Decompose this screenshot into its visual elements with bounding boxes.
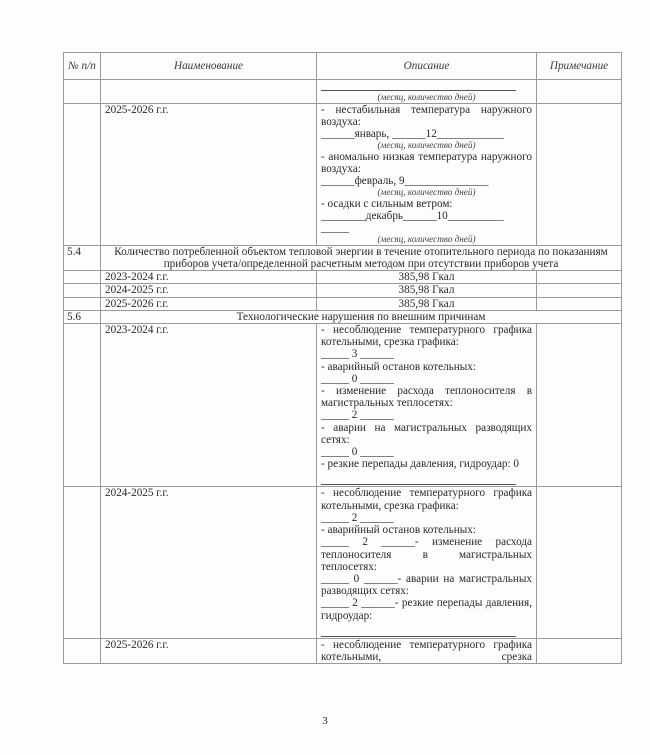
table-header: № п/п Наименование Описание Примечание [64,53,622,80]
table-row: 2024-2025 г.г. 385,98 Гкал [64,284,622,297]
table-row: 2025-2026 г.г. - несоблюдение температур… [64,638,622,663]
table-row: (месяц, количество дней) [64,80,622,104]
data-table: № п/п Наименование Описание Примечание (… [63,52,622,664]
header-num: № п/п [64,53,101,80]
table-row: 2025-2026 г.г. - нестабильная температур… [64,103,622,245]
table-row: 2023-2024 г.г. 385,98 Гкал [64,271,622,284]
section-title: Технологические нарушения по внешним при… [101,310,622,323]
header-desc: Описание [317,53,537,80]
table-row: 2024-2025 г.г. - несоблюдение температур… [64,487,622,638]
section-5-6-header: 5.6 Технологические нарушения по внешним… [64,310,622,323]
page-number: 3 [0,715,650,727]
section-title: Количество потребленной объектом теплово… [101,245,622,270]
document-page: № п/п Наименование Описание Примечание (… [0,0,650,755]
section-5-4-header: 5.4 Количество потребленной объектом теп… [64,245,622,270]
table-row: 2025-2026 г.г. 385,98 Гкал [64,297,622,310]
sub-label: (месяц, количество дней) [321,92,532,103]
table-row: 2023-2024 г.г. - несоблюдение температур… [64,324,622,487]
period: 2025-2026 г.г. [101,103,317,245]
header-name: Наименование [101,53,317,80]
header-note: Примечание [537,53,622,80]
